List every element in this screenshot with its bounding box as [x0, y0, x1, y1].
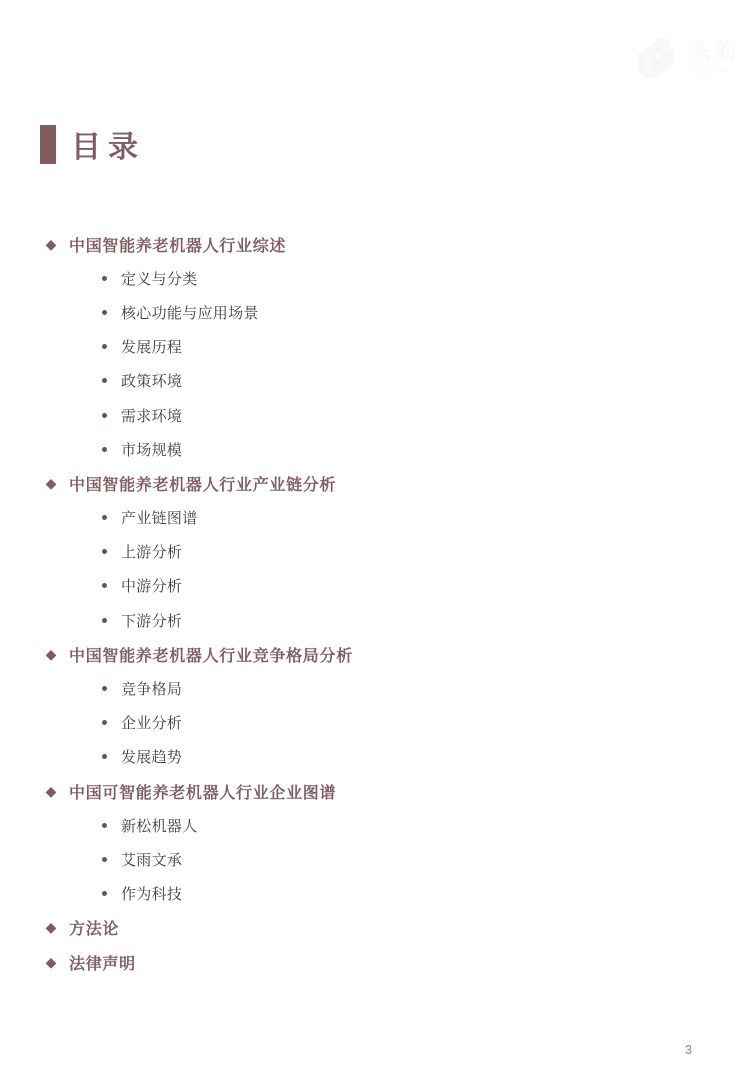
dot-bullet-icon: [102, 618, 107, 623]
toc-section-label: 中国智能养老机器人行业综述: [69, 233, 286, 256]
toc-sub-item[interactable]: 需求环境: [43, 398, 643, 432]
toc-item-label: 新松机器人: [121, 815, 198, 836]
logo-text-block: 头豹 LeadLeo: [690, 40, 740, 75]
toc-item-label: 发展历程: [121, 336, 182, 357]
toc-item-label: 企业分析: [121, 712, 182, 733]
toc-item-label: 定义与分类: [121, 268, 198, 289]
dot-bullet-icon: [102, 310, 107, 315]
dot-bullet-icon: [102, 276, 107, 281]
toc-sub-item[interactable]: 下游分析: [43, 603, 643, 637]
table-of-contents: ◆ 中国智能养老机器人行业综述 定义与分类 核心功能与应用场景 发展历程 政策环…: [43, 227, 643, 979]
toc-section-heading[interactable]: ◆ 中国智能养老机器人行业综述: [43, 227, 643, 261]
dot-bullet-icon: [102, 447, 107, 452]
toc-sub-item[interactable]: 竞争格局: [43, 671, 643, 705]
diamond-bullet-icon: ◆: [43, 919, 59, 936]
dot-bullet-icon: [102, 583, 107, 588]
leopard-head-icon: [634, 36, 680, 80]
dot-bullet-icon: [102, 720, 107, 725]
dot-bullet-icon: [102, 754, 107, 759]
toc-sub-item[interactable]: 上游分析: [43, 535, 643, 569]
toc-sub-item[interactable]: 定义与分类: [43, 261, 643, 295]
toc-sub-item[interactable]: 市场规模: [43, 432, 643, 466]
toc-item-label: 中游分析: [121, 575, 182, 596]
page-title: 目录: [71, 122, 145, 166]
toc-section-label: 法律声明: [69, 951, 136, 974]
title-accent-bar: [40, 125, 56, 164]
toc-section-heading[interactable]: ◆ 中国可智能养老机器人行业企业图谱: [43, 774, 643, 808]
toc-item-label: 下游分析: [121, 610, 182, 631]
dot-bullet-icon: [102, 413, 107, 418]
dot-bullet-icon: [102, 686, 107, 691]
dot-bullet-icon: [102, 344, 107, 349]
diamond-bullet-icon: ◆: [43, 646, 59, 663]
page-title-block: 目录: [40, 122, 145, 166]
toc-sub-item[interactable]: 中游分析: [43, 569, 643, 603]
page-number: 3: [685, 1043, 692, 1057]
toc-section-label: 中国智能养老机器人行业竞争格局分析: [69, 643, 353, 666]
toc-item-label: 艾雨文承: [121, 849, 182, 870]
toc-sub-item[interactable]: 作为科技: [43, 877, 643, 911]
toc-item-label: 产业链图谱: [121, 507, 198, 528]
diamond-bullet-icon: ◆: [43, 475, 59, 492]
toc-item-label: 上游分析: [121, 541, 182, 562]
toc-item-label: 政策环境: [121, 370, 182, 391]
toc-sub-item[interactable]: 政策环境: [43, 364, 643, 398]
toc-section-label: 方法论: [69, 916, 119, 939]
toc-section-heading[interactable]: ◆ 中国智能养老机器人行业产业链分析: [43, 466, 643, 500]
toc-item-label: 市场规模: [121, 439, 182, 460]
toc-section-label: 中国智能养老机器人行业产业链分析: [69, 472, 336, 495]
toc-sub-item[interactable]: 发展历程: [43, 330, 643, 364]
toc-page: 头豹 LeadLeo 目录 ◆ 中国智能养老机器人行业综述 定义与分类 核心功能…: [0, 0, 750, 1083]
toc-item-label: 作为科技: [121, 883, 182, 904]
toc-sub-item[interactable]: 新松机器人: [43, 808, 643, 842]
dot-bullet-icon: [102, 378, 107, 383]
diamond-bullet-icon: ◆: [43, 236, 59, 253]
toc-sub-item[interactable]: 核心功能与应用场景: [43, 295, 643, 329]
toc-item-label: 发展趋势: [121, 746, 182, 767]
logo-brand-subtext: LeadLeo: [690, 67, 740, 76]
dot-bullet-icon: [102, 857, 107, 862]
toc-section-heading[interactable]: ◆ 中国智能养老机器人行业竞争格局分析: [43, 637, 643, 671]
toc-sub-item[interactable]: 艾雨文承: [43, 842, 643, 876]
toc-sub-item[interactable]: 企业分析: [43, 706, 643, 740]
dot-bullet-icon: [102, 891, 107, 896]
toc-section-heading[interactable]: ◆ 法律声明: [43, 945, 643, 979]
toc-sub-item[interactable]: 产业链图谱: [43, 501, 643, 535]
toc-section-heading[interactable]: ◆ 方法论: [43, 911, 643, 945]
toc-section-label: 中国可智能养老机器人行业企业图谱: [69, 780, 336, 803]
toc-item-label: 核心功能与应用场景: [121, 302, 259, 323]
toc-sub-item[interactable]: 发展趋势: [43, 740, 643, 774]
logo-brand-text: 头豹: [690, 40, 740, 63]
dot-bullet-icon: [102, 823, 107, 828]
diamond-bullet-icon: ◆: [43, 954, 59, 971]
toc-item-label: 竞争格局: [121, 678, 182, 699]
dot-bullet-icon: [102, 515, 107, 520]
toc-item-label: 需求环境: [121, 405, 182, 426]
dot-bullet-icon: [102, 549, 107, 554]
leadleo-watermark-logo: 头豹 LeadLeo: [634, 36, 740, 80]
diamond-bullet-icon: ◆: [43, 783, 59, 800]
